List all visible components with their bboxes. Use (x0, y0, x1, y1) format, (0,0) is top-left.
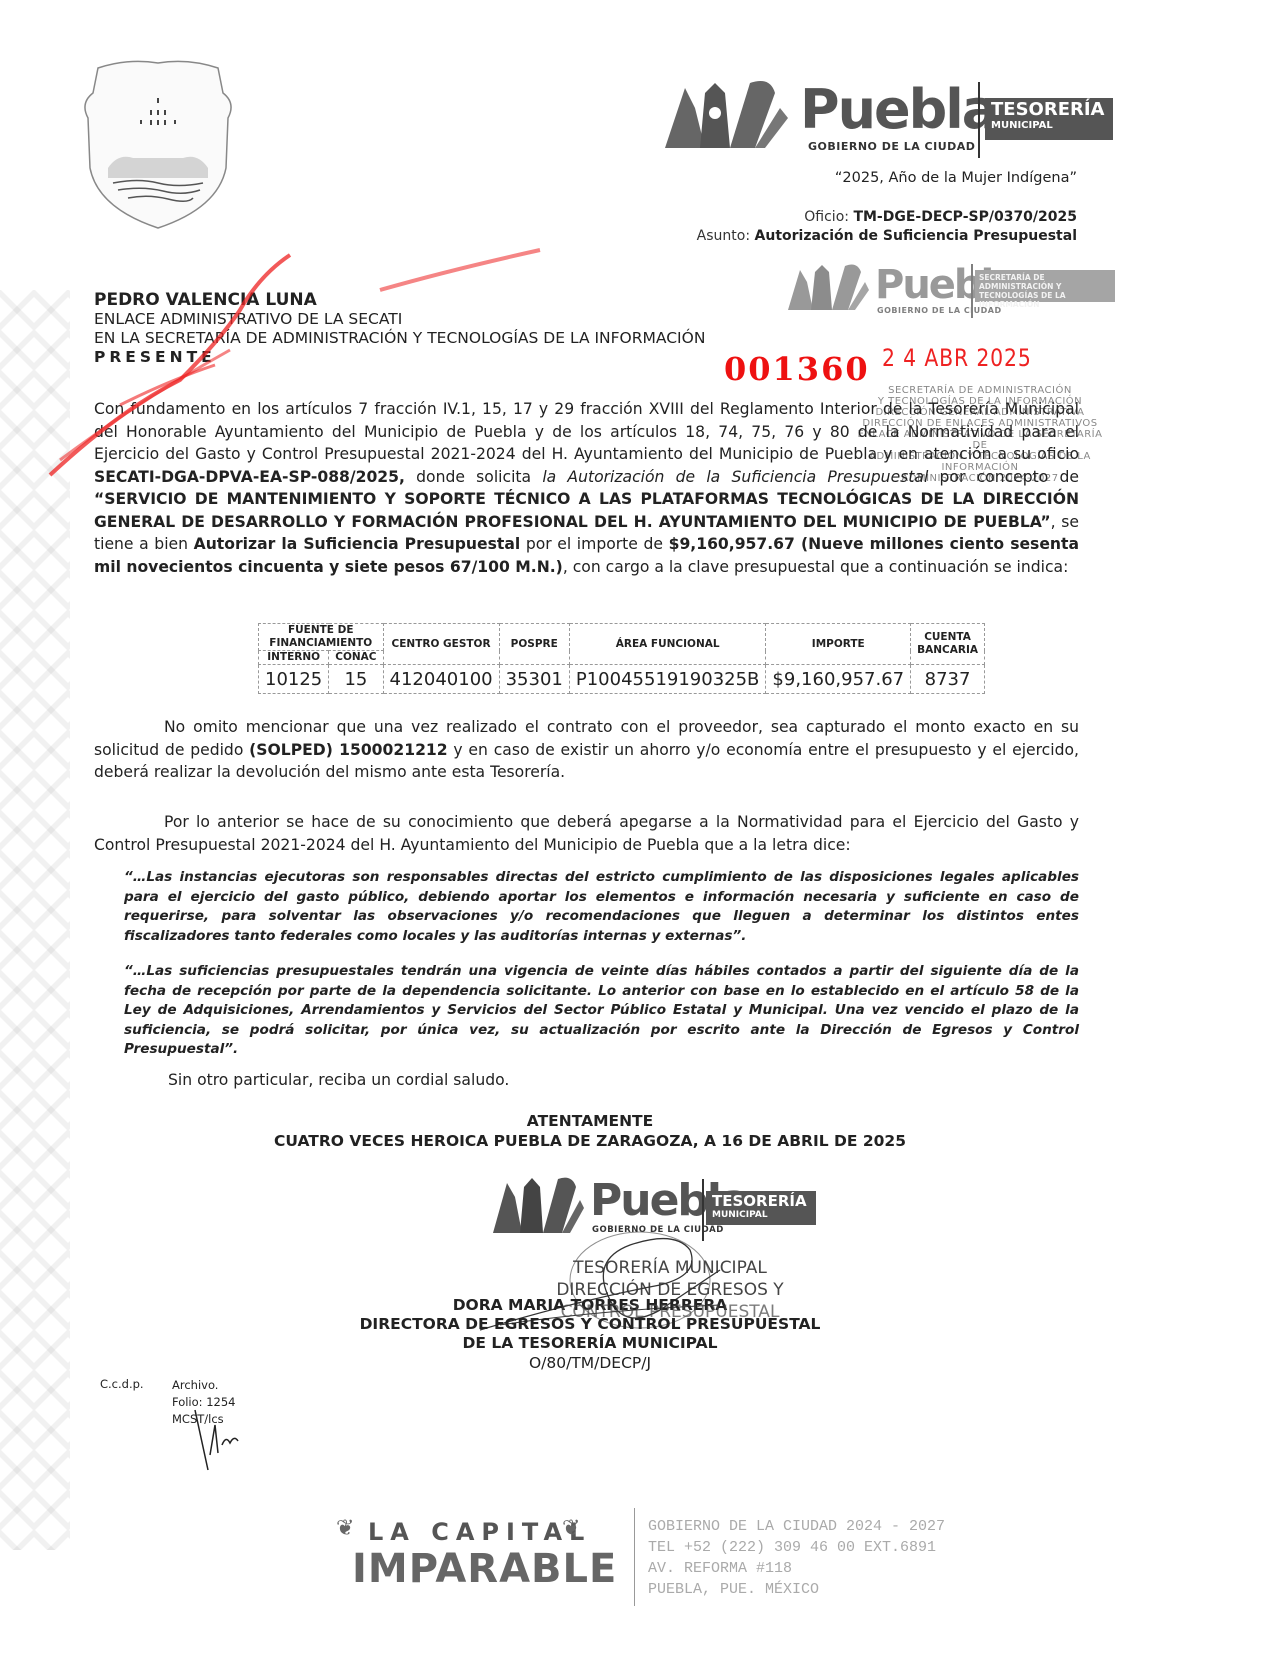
body-paragraph-2: No omito mencionar que una vez realizado… (94, 716, 1079, 784)
asunto-value: Autorización de Suficiencia Presupuestal (755, 228, 1077, 244)
budget-key-table: FUENTE DE FINANCIAMIENTO CENTRO GESTOR P… (258, 623, 985, 694)
cell-importe: $9,160,957.67 (766, 665, 911, 694)
text-run: por el importe de (520, 535, 668, 553)
secati-badge: SECRETARÍA DE ADMINISTRACIÓN Y TECNOLOGÍ… (975, 270, 1115, 302)
text-run-italic: la Autorización de la Suficiencia Presup… (542, 468, 928, 486)
header-interno: INTERNO (259, 651, 329, 665)
header-pospre: POSPRE (499, 624, 569, 665)
secati-received-logo: Puebla GOBIERNO DE LA CIUDAD SECRETARÍA … (785, 262, 1115, 318)
header-cuenta-bancaria: CUENTA BANCARIA (911, 624, 985, 665)
initials-signature-icon (190, 1405, 250, 1475)
asunto-label: Asunto: (697, 228, 750, 244)
puebla-tesoreria-logo: Puebla GOBIERNO DE LA CIUDAD TESORERÍA M… (660, 78, 1110, 158)
text-run: por concepto de (928, 468, 1079, 486)
ccdp-item: Archivo. (172, 1377, 235, 1394)
footer-divider (634, 1508, 635, 1606)
ccdp-label: C.c.d.p. (100, 1377, 144, 1391)
oficio-label: Oficio: (804, 209, 849, 225)
cell-centro-gestor: 412040100 (383, 665, 499, 694)
asunto: Asunto: Autorización de Suficiencia Pres… (697, 228, 1077, 244)
wing-right-icon: ❦ (562, 1516, 580, 1541)
signer-title-2: DE LA TESORERÍA MUNICIPAL (0, 1334, 1180, 1353)
wing-left-icon: ❦ (336, 1516, 354, 1541)
solped-number: (SOLPED) 1500021212 (249, 741, 447, 759)
footer-info-line: PUEBLA, PUE. MÉXICO (648, 1579, 945, 1600)
cell-conac: 15 (329, 665, 383, 694)
tesoreria-label: TESORERÍA (991, 100, 1107, 120)
footer-info-line: TEL +52 (222) 309 46 00 EXT.6891 (648, 1537, 945, 1558)
cell-area-funcional: P10045519190325B (569, 665, 766, 694)
municipal-label: MUNICIPAL (991, 120, 1107, 132)
received-folio-stamp: 001360 (724, 350, 870, 388)
puebla-wordmark: Puebla (800, 78, 996, 141)
recipient-title-2: EN LA SECRETARÍA DE ADMINISTRACIÓN Y TEC… (94, 329, 705, 348)
header-conac: CONAC (329, 651, 383, 665)
body-paragraph-1: Con fundamento en los artículos 7 fracci… (94, 398, 1079, 578)
place-date: CUATRO VECES HEROICA PUEBLA DE ZARAGOZA,… (0, 1131, 1180, 1151)
atentamente-block: ATENTAMENTE CUATRO VECES HEROICA PUEBLA … (0, 1111, 1180, 1151)
footer-info-line: GOBIERNO DE LA CIUDAD 2024 - 2027 (648, 1516, 945, 1537)
closing-line: Sin otro particular, reciba un cordial s… (168, 1071, 509, 1089)
tesoreria-badge: TESORERÍA MUNICIPAL (706, 1191, 816, 1225)
logo-subtitle: GOBIERNO DE LA CIUDAD (808, 140, 975, 153)
quote-1: “…Las instancias ejecutoras son responsa… (124, 868, 1079, 946)
header-fuente: FUENTE DE FINANCIAMIENTO (259, 624, 384, 651)
logo-divider (971, 264, 973, 318)
table-header-row: FUENTE DE FINANCIAMIENTO CENTRO GESTOR P… (259, 624, 985, 651)
quote-2: “…Las suficiencias presupuestales tendrá… (124, 962, 1079, 1060)
oficio-number: Oficio: TM-DGE-DECP-SP/0370/2025 (804, 209, 1077, 225)
slogan-top: LA CAPITAL (368, 1518, 591, 1546)
recipient-name: PEDRO VALENCIA LUNA (94, 291, 705, 310)
atentamente-label: ATENTAMENTE (0, 1111, 1180, 1131)
seal-line: SECRETARÍA DE ADMINISTRACIÓN (850, 385, 1110, 396)
cell-cuenta-bancaria: 8737 (911, 665, 985, 694)
text-run-bold: Autorizar la Suficiencia Presupuestal (194, 535, 521, 553)
text-run: Con fundamento en los artículos 7 fracci… (94, 400, 1079, 463)
recipient-block: PEDRO VALENCIA LUNA ENLACE ADMINISTRATIV… (94, 291, 705, 367)
cell-pospre: 35301 (499, 665, 569, 694)
referenced-oficio: SECATI-DGA-DPVA-EA-SP-088/2025, (94, 468, 405, 486)
cell-interno: 10125 (259, 665, 329, 694)
tesoreria-badge: TESORERÍA MUNICIPAL (985, 98, 1113, 140)
logo-divider (978, 82, 980, 158)
la-capital-imparable-logo: ❦ LA CAPITAL ❦ IMPARABLE (330, 1510, 600, 1600)
header-centro-gestor: CENTRO GESTOR (383, 624, 499, 665)
body-paragraph-3: Por lo anterior se hace de su conocimien… (94, 811, 1079, 856)
footer-contact-info: GOBIERNO DE LA CIUDAD 2024 - 2027 TEL +5… (648, 1516, 945, 1600)
municipal-label: MUNICIPAL (712, 1210, 810, 1220)
table-row: 10125 15 412040100 35301 P10045519190325… (259, 665, 985, 694)
seal-line-3: CONTROL PRESUPUESTAL (500, 1302, 840, 1323)
text-run: donde solicita (405, 468, 542, 486)
header-importe: IMPORTE (766, 624, 911, 665)
signer-reference: O/80/TM/DECP/J (0, 1354, 1180, 1372)
puebla-emblem-icon (660, 78, 790, 156)
header-area-funcional: ÁREA FUNCIONAL (569, 624, 766, 665)
recipient-title-1: ENLACE ADMINISTRATIVO DE LA SECATI (94, 310, 705, 329)
year-motto: “2025, Año de la Mujer Indígena” (835, 170, 1077, 186)
text-run: , con cargo a la clave presupuestal que … (563, 558, 1069, 576)
slogan-bottom: IMPARABLE (352, 1546, 617, 1592)
tesoreria-label: TESORERÍA (712, 1193, 810, 1210)
service-concept: “SERVICIO DE MANTENIMIENTO Y SOPORTE TÉC… (94, 490, 1079, 531)
footer-info-line: AV. REFORMA #118 (648, 1558, 945, 1579)
coat-of-arms-icon (78, 58, 238, 233)
received-date-stamp: 2 4 ABR 2025 (882, 344, 1032, 372)
presente-label: PRESENTE (94, 348, 705, 367)
oficio-value: TM-DGE-DECP-SP/0370/2025 (853, 209, 1077, 225)
puebla-emblem-icon (490, 1175, 585, 1237)
puebla-emblem-icon (785, 262, 870, 314)
